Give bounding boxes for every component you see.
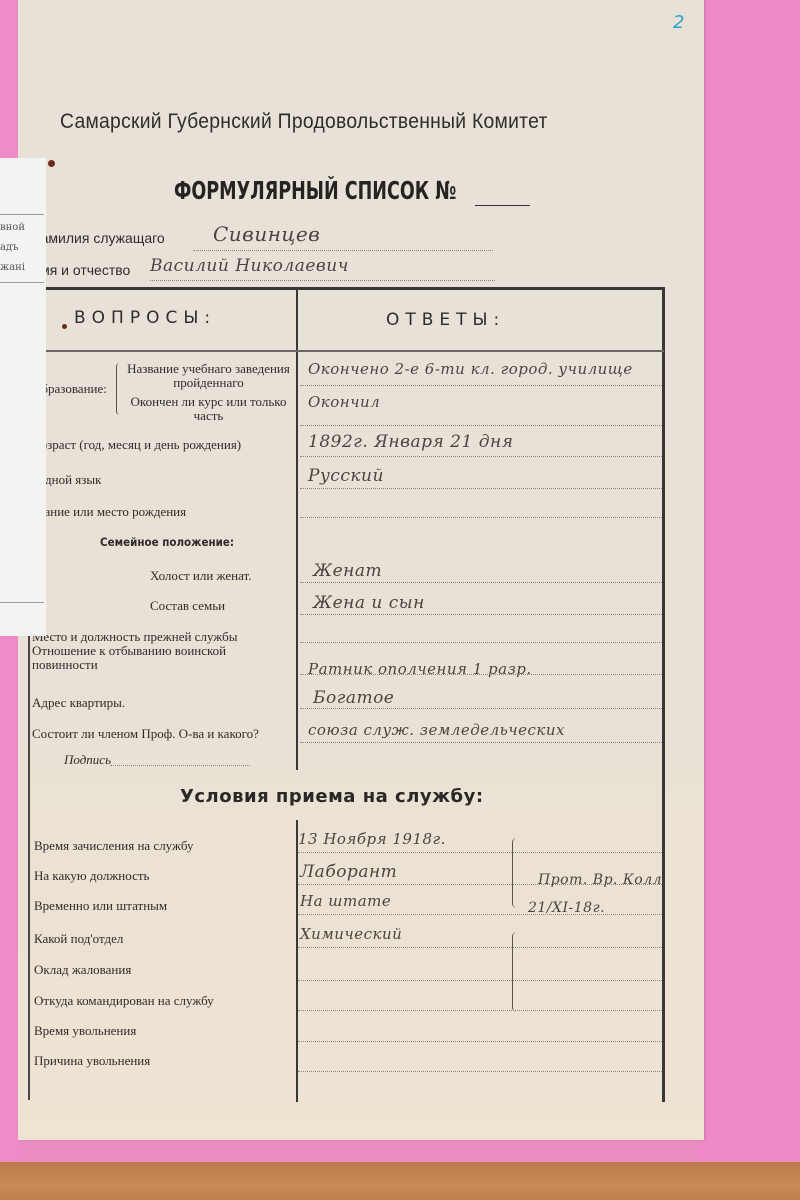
age-label: Возраст (год, месяц и день рождения): [32, 437, 241, 453]
ink-stain: [48, 160, 55, 167]
answer-line: [298, 852, 662, 853]
slip-rule: [0, 214, 44, 215]
form-title: ФОРМУЛЯРНЫЙ СПИСОК №: [174, 176, 456, 205]
military-value[interactable]: Ратник ополчения 1 разр.: [308, 660, 532, 678]
school-value[interactable]: Окончено 2-е 6-ти кл. город. училище: [308, 360, 633, 378]
answer-line: [300, 674, 662, 675]
header-bottom-rule: [28, 350, 664, 352]
slip-text-line: адъ: [0, 242, 18, 253]
surname-label: Фамилия служащаго: [30, 230, 165, 246]
birthplace-label: Звание или место рождения: [32, 504, 186, 520]
form-number-line: [475, 205, 530, 206]
answer-line: [300, 488, 662, 489]
surname-line: [193, 250, 493, 251]
position-value[interactable]: Лаборант: [300, 862, 397, 882]
completed-label: Окончен ли курс или только часть: [126, 395, 291, 423]
answer-line: [300, 425, 662, 426]
military-label: Отношение к отбыванию воинской повинност…: [32, 644, 290, 672]
organization-title: Самарский Губернский Продовольственный К…: [60, 110, 612, 134]
subdepartment-label: Какой под'отдел: [34, 931, 123, 947]
family-composition-value[interactable]: Жена и сын: [313, 593, 425, 613]
dismissal-date-label: Время увольнения: [34, 1023, 136, 1039]
answer-line: [298, 1041, 662, 1042]
name-line: [150, 280, 495, 281]
answer-line: [300, 642, 662, 643]
ink-stain-small: [62, 324, 67, 329]
answer-line: [298, 1010, 662, 1011]
answer-line: [298, 1071, 662, 1072]
family-section-label: Семейное положение:: [100, 535, 234, 549]
education-brace: [116, 363, 123, 415]
union-member-label: Состоит ли членом Проф. О-ва и какого?: [32, 726, 259, 742]
slip-text-line: вной: [0, 222, 25, 233]
page-number: 2: [673, 12, 684, 33]
staff-type-label: Временно или штатным: [34, 898, 167, 914]
answer-line: [298, 980, 662, 981]
answer-line: [300, 385, 662, 386]
table-right-border: [662, 287, 665, 1102]
employment-section-title: Условия приема на службу:: [180, 786, 484, 807]
bracket-upper: [512, 838, 521, 908]
seconded-from-label: Откуда командирован на службу: [34, 993, 214, 1009]
answer-line: [300, 582, 662, 583]
age-value[interactable]: 1892г. Января 21 дня: [308, 432, 513, 452]
document-page: 2 Самарский Губернский Продовольственный…: [18, 0, 704, 1140]
answers-header: ОТВЕТЫ:: [386, 310, 505, 330]
answer-line: [300, 456, 662, 457]
bracket-note-line1: Прот. Вр. Колл.: [538, 872, 667, 888]
address-label: Адрес квартиры.: [32, 695, 125, 711]
enrollment-date-label: Время зачисления на службу: [34, 838, 193, 854]
address-value[interactable]: Богатое: [313, 688, 394, 708]
pink-folder-background: [700, 0, 800, 1165]
table-top-border: [28, 287, 664, 290]
marital-label: Холост или женат.: [150, 568, 252, 584]
language-value[interactable]: Русский: [308, 466, 384, 486]
table-column-divider-lower: [296, 820, 298, 1102]
completed-value[interactable]: Окончил: [308, 393, 380, 411]
attached-paper-slip: вной адъ жані: [0, 158, 46, 636]
answer-line: [300, 708, 662, 709]
slip-rule: [0, 602, 44, 603]
family-composition-label: Состав семьи: [150, 598, 225, 614]
wooden-desk: [0, 1162, 800, 1200]
school-label: Название учебнаго заведения пройденнаго: [126, 362, 291, 390]
signature-line[interactable]: [110, 765, 250, 766]
answer-line: [300, 742, 662, 743]
signature-label: Подпись: [64, 752, 111, 768]
questions-header: ВОПРОСЫ:: [74, 308, 216, 328]
answer-line: [298, 947, 662, 948]
enrollment-date-value[interactable]: 13 Ноября 1918г.: [298, 830, 446, 848]
name-value[interactable]: Василий Николаевич: [150, 256, 349, 276]
position-label: На какую должность: [34, 868, 149, 884]
slip-text-line: жані: [0, 262, 25, 273]
answer-line: [298, 914, 662, 915]
salary-label: Оклад жалования: [34, 962, 131, 978]
staff-type-value[interactable]: На штате: [300, 892, 391, 910]
subdepartment-value[interactable]: Химический: [300, 925, 402, 943]
answer-line: [300, 517, 662, 518]
slip-rule: [0, 282, 44, 283]
marital-value[interactable]: Женат: [313, 561, 382, 581]
bracket-lower: [512, 932, 521, 1012]
answer-line: [300, 614, 662, 615]
bracket-note-line2: 21/XI-18г.: [528, 900, 605, 916]
surname-value[interactable]: Сивинцев: [213, 222, 320, 246]
table-column-divider: [296, 290, 298, 770]
dismissal-reason-label: Причина увольнения: [34, 1053, 150, 1069]
union-member-value[interactable]: союза служ. земледельческих: [308, 721, 565, 739]
